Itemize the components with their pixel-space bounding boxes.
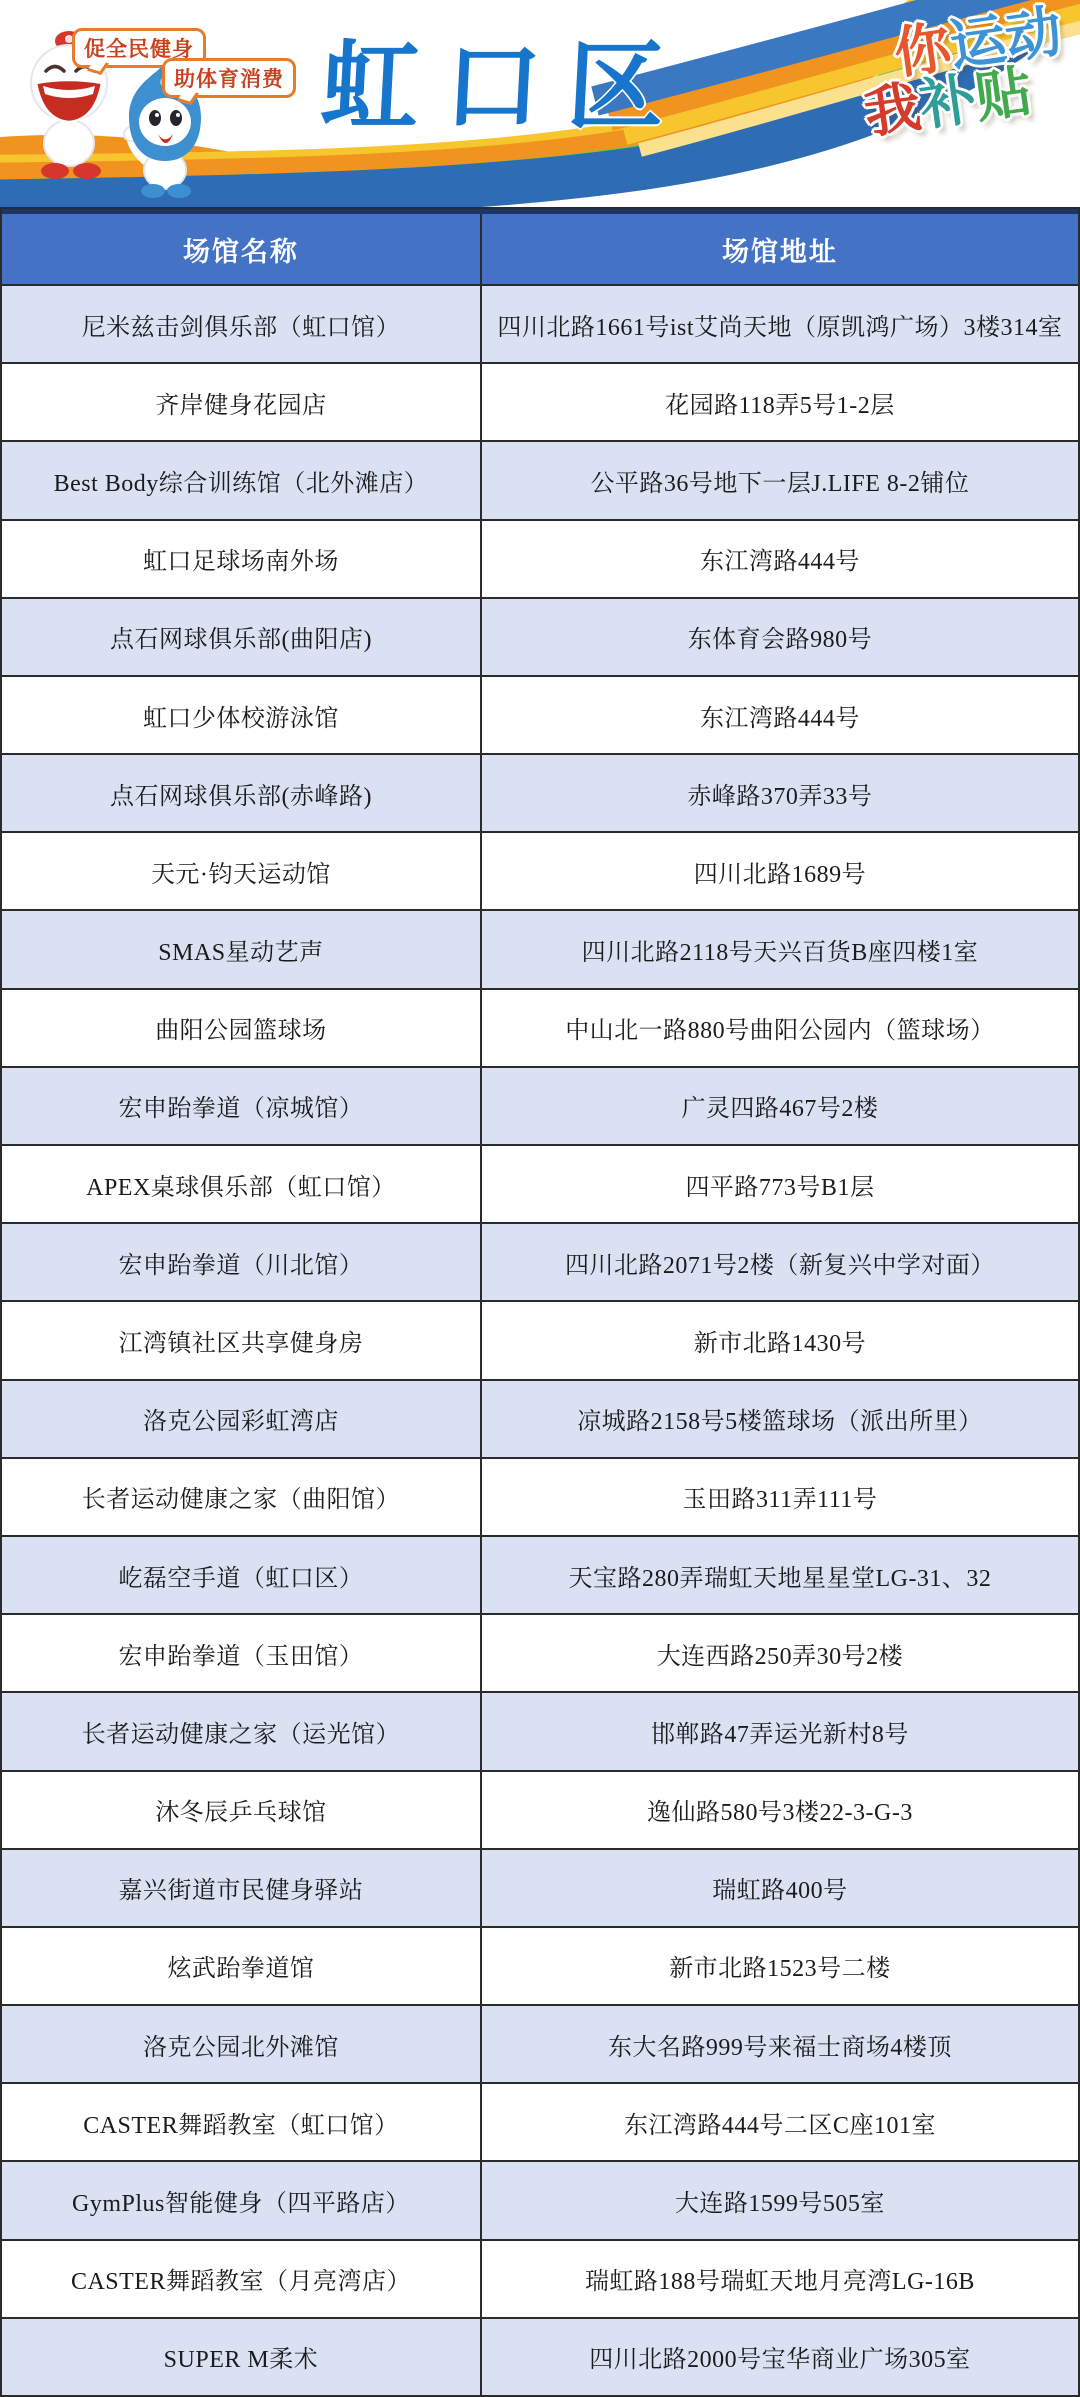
header-venue-name: 场馆名称 (2, 214, 482, 284)
venue-name-cell: 宏申跆拳道（玉田馆） (2, 1615, 482, 1691)
venue-address-cell: 广灵四路467号2楼 (482, 1068, 1078, 1144)
table-row: SMAS星动艺声四川北路2118号天兴百货B座四楼1室 (2, 909, 1078, 987)
venue-address-cell: 新市北路1523号二楼 (482, 1928, 1078, 2004)
venue-address-cell: 四川北路2000号宝华商业广场305室 (482, 2319, 1078, 2395)
venue-name-cell: APEX桌球俱乐部（虹口馆） (2, 1146, 482, 1222)
venue-name-cell: 洛克公园彩虹湾店 (2, 1381, 482, 1457)
venue-address-cell: 玉田路311弄111号 (482, 1459, 1078, 1535)
table-body: 尼米兹击剑俱乐部（虹口馆）四川北路1661号ist艾尚天地（原凯鸿广场）3楼31… (2, 284, 1078, 2395)
venue-address-cell: 东江湾路444号 (482, 677, 1078, 753)
venue-name-cell: 天元·钧天运动馆 (2, 833, 482, 909)
table-row: 屹磊空手道（虹口区）天宝路280弄瑞虹天地星星堂LG-31、32 (2, 1535, 1078, 1613)
table-row: 炫武跆拳道馆新市北路1523号二楼 (2, 1926, 1078, 2004)
page: 促全民健身 助体育消费 虹口区 你运动 我补贴 场馆名称 场馆地址 尼米兹击剑俱… (0, 0, 1080, 2397)
venue-address-cell: 东体育会路980号 (482, 599, 1078, 675)
venue-address-cell: 东江湾路444号 (482, 521, 1078, 597)
table-row: 宏申跆拳道（川北馆）四川北路2071号2楼（新复兴中学对面） (2, 1222, 1078, 1300)
venue-address-cell: 四川北路2118号天兴百货B座四楼1室 (482, 911, 1078, 987)
venue-address-cell: 四川北路1689号 (482, 833, 1078, 909)
table-row: 齐岸健身花园店花园路118弄5号1-2层 (2, 362, 1078, 440)
venue-address-cell: 瑞虹路400号 (482, 1850, 1078, 1926)
venue-address-cell: 邯郸路47弄运光新村8号 (482, 1693, 1078, 1769)
venue-name-cell: 宏申跆拳道（凉城馆） (2, 1068, 482, 1144)
venue-table: 场馆名称 场馆地址 尼米兹击剑俱乐部（虹口馆）四川北路1661号ist艾尚天地（… (0, 207, 1080, 2397)
venue-address-cell: 四平路773号B1层 (482, 1146, 1078, 1222)
venue-name-cell: 沐冬辰乒乓球馆 (2, 1772, 482, 1848)
table-row: 曲阳公园篮球场中山北一路880号曲阳公园内（篮球场） (2, 988, 1078, 1066)
venue-address-cell: 东江湾路444号二区C座101室 (482, 2084, 1078, 2160)
venue-name-cell: GymPlus智能健身（四平路店） (2, 2162, 482, 2238)
table-row: 宏申跆拳道（玉田馆）大连西路250弄30号2楼 (2, 1613, 1078, 1691)
speech-bubble-right: 助体育消费 (162, 58, 296, 98)
table-row: 宏申跆拳道（凉城馆）广灵四路467号2楼 (2, 1066, 1078, 1144)
table-row: 虹口少体校游泳馆东江湾路444号 (2, 675, 1078, 753)
venue-address-cell: 瑞虹路188号瑞虹天地月亮湾LG-16B (482, 2241, 1078, 2317)
table-row: 长者运动健康之家（运光馆）邯郸路47弄运光新村8号 (2, 1691, 1078, 1769)
table-row: 虹口足球场南外场东江湾路444号 (2, 519, 1078, 597)
venue-address-cell: 凉城路2158号5楼篮球场（派出所里） (482, 1381, 1078, 1457)
slogan-char: 贴 (972, 62, 1035, 126)
venue-name-cell: 虹口少体校游泳馆 (2, 677, 482, 753)
slogan-char: 动 (1002, 2, 1065, 66)
venue-name-cell: 洛克公园北外滩馆 (2, 2006, 482, 2082)
venue-name-cell: 曲阳公园篮球场 (2, 990, 482, 1066)
venue-name-cell: 宏申跆拳道（川北馆） (2, 1224, 482, 1300)
venue-address-cell: 公平路36号地下一层J.LIFE 8-2铺位 (482, 442, 1078, 518)
venue-name-cell: 长者运动健康之家（运光馆） (2, 1693, 482, 1769)
venue-name-cell: Best Body综合训练馆（北外滩店） (2, 442, 482, 518)
table-row: 尼米兹击剑俱乐部（虹口馆）四川北路1661号ist艾尚天地（原凯鸿广场）3楼31… (2, 284, 1078, 362)
venue-name-cell: 虹口足球场南外场 (2, 521, 482, 597)
venue-name-cell: 点石网球俱乐部(曲阳店) (2, 599, 482, 675)
table-row: SUPER M柔术四川北路2000号宝华商业广场305室 (2, 2317, 1078, 2395)
venue-name-cell: 尼米兹击剑俱乐部（虹口馆） (2, 286, 482, 362)
venue-address-cell: 中山北一路880号曲阳公园内（篮球场） (482, 990, 1078, 1066)
venue-name-cell: 长者运动健康之家（曲阳馆） (2, 1459, 482, 1535)
table-row: 江湾镇社区共享健身房新市北路1430号 (2, 1300, 1078, 1378)
table-row: Best Body综合训练馆（北外滩店）公平路36号地下一层J.LIFE 8-2… (2, 440, 1078, 518)
header-venue-address: 场馆地址 (482, 214, 1078, 284)
table-header-row: 场馆名称 场馆地址 (2, 209, 1078, 284)
table-row: 长者运动健康之家（曲阳馆）玉田路311弄111号 (2, 1457, 1078, 1535)
venue-address-cell: 四川北路2071号2楼（新复兴中学对面） (482, 1224, 1078, 1300)
banner-title: 虹口区 (318, 8, 694, 148)
venue-name-cell: SMAS星动艺声 (2, 911, 482, 987)
venue-name-cell: CASTER舞蹈教室（月亮湾店） (2, 2241, 482, 2317)
speech-bubble-right-text: 助体育消费 (174, 68, 284, 91)
table-row: 沐冬辰乒乓球馆逸仙路580号3楼22-3-G-3 (2, 1770, 1078, 1848)
table-row: 嘉兴街道市民健身驿站瑞虹路400号 (2, 1848, 1078, 1926)
venue-address-cell: 大连西路250弄30号2楼 (482, 1615, 1078, 1691)
venue-name-cell: SUPER M柔术 (2, 2319, 482, 2395)
table-row: CASTER舞蹈教室（月亮湾店）瑞虹路188号瑞虹天地月亮湾LG-16B (2, 2239, 1078, 2317)
table-row: APEX桌球俱乐部（虹口馆）四平路773号B1层 (2, 1144, 1078, 1222)
table-row: 点石网球俱乐部(曲阳店)东体育会路980号 (2, 597, 1078, 675)
venue-name-cell: 屹磊空手道（虹口区） (2, 1537, 482, 1613)
venue-name-cell: 嘉兴街道市民健身驿站 (2, 1850, 482, 1926)
table-row: 洛克公园北外滩馆东大名路999号来福士商场4楼顶 (2, 2004, 1078, 2082)
table-row: GymPlus智能健身（四平路店）大连路1599号505室 (2, 2160, 1078, 2238)
slogan-char: 补 (916, 70, 979, 134)
venue-name-cell: CASTER舞蹈教室（虹口馆） (2, 2084, 482, 2160)
slogan-char: 我 (861, 78, 924, 142)
venue-address-cell: 东大名路999号来福士商场4楼顶 (482, 2006, 1078, 2082)
table-row: 天元·钧天运动馆四川北路1689号 (2, 831, 1078, 909)
venue-address-cell: 大连路1599号505室 (482, 2162, 1078, 2238)
venue-name-cell: 点石网球俱乐部(赤峰路) (2, 755, 482, 831)
banner: 促全民健身 助体育消费 虹口区 你运动 我补贴 (0, 0, 1080, 207)
table-row: 点石网球俱乐部(赤峰路)赤峰路370弄33号 (2, 753, 1078, 831)
table-row: 洛克公园彩虹湾店凉城路2158号5楼篮球场（派出所里） (2, 1379, 1078, 1457)
venue-name-cell: 江湾镇社区共享健身房 (2, 1302, 482, 1378)
venue-address-cell: 花园路118弄5号1-2层 (482, 364, 1078, 440)
table-row: CASTER舞蹈教室（虹口馆）东江湾路444号二区C座101室 (2, 2082, 1078, 2160)
venue-address-cell: 赤峰路370弄33号 (482, 755, 1078, 831)
venue-address-cell: 逸仙路580号3楼22-3-G-3 (482, 1772, 1078, 1848)
venue-address-cell: 新市北路1430号 (482, 1302, 1078, 1378)
venue-name-cell: 炫武跆拳道馆 (2, 1928, 482, 2004)
venue-name-cell: 齐岸健身花园店 (2, 364, 482, 440)
venue-address-cell: 天宝路280弄瑞虹天地星星堂LG-31、32 (482, 1537, 1078, 1613)
venue-address-cell: 四川北路1661号ist艾尚天地（原凯鸿广场）3楼314室 (482, 286, 1078, 362)
